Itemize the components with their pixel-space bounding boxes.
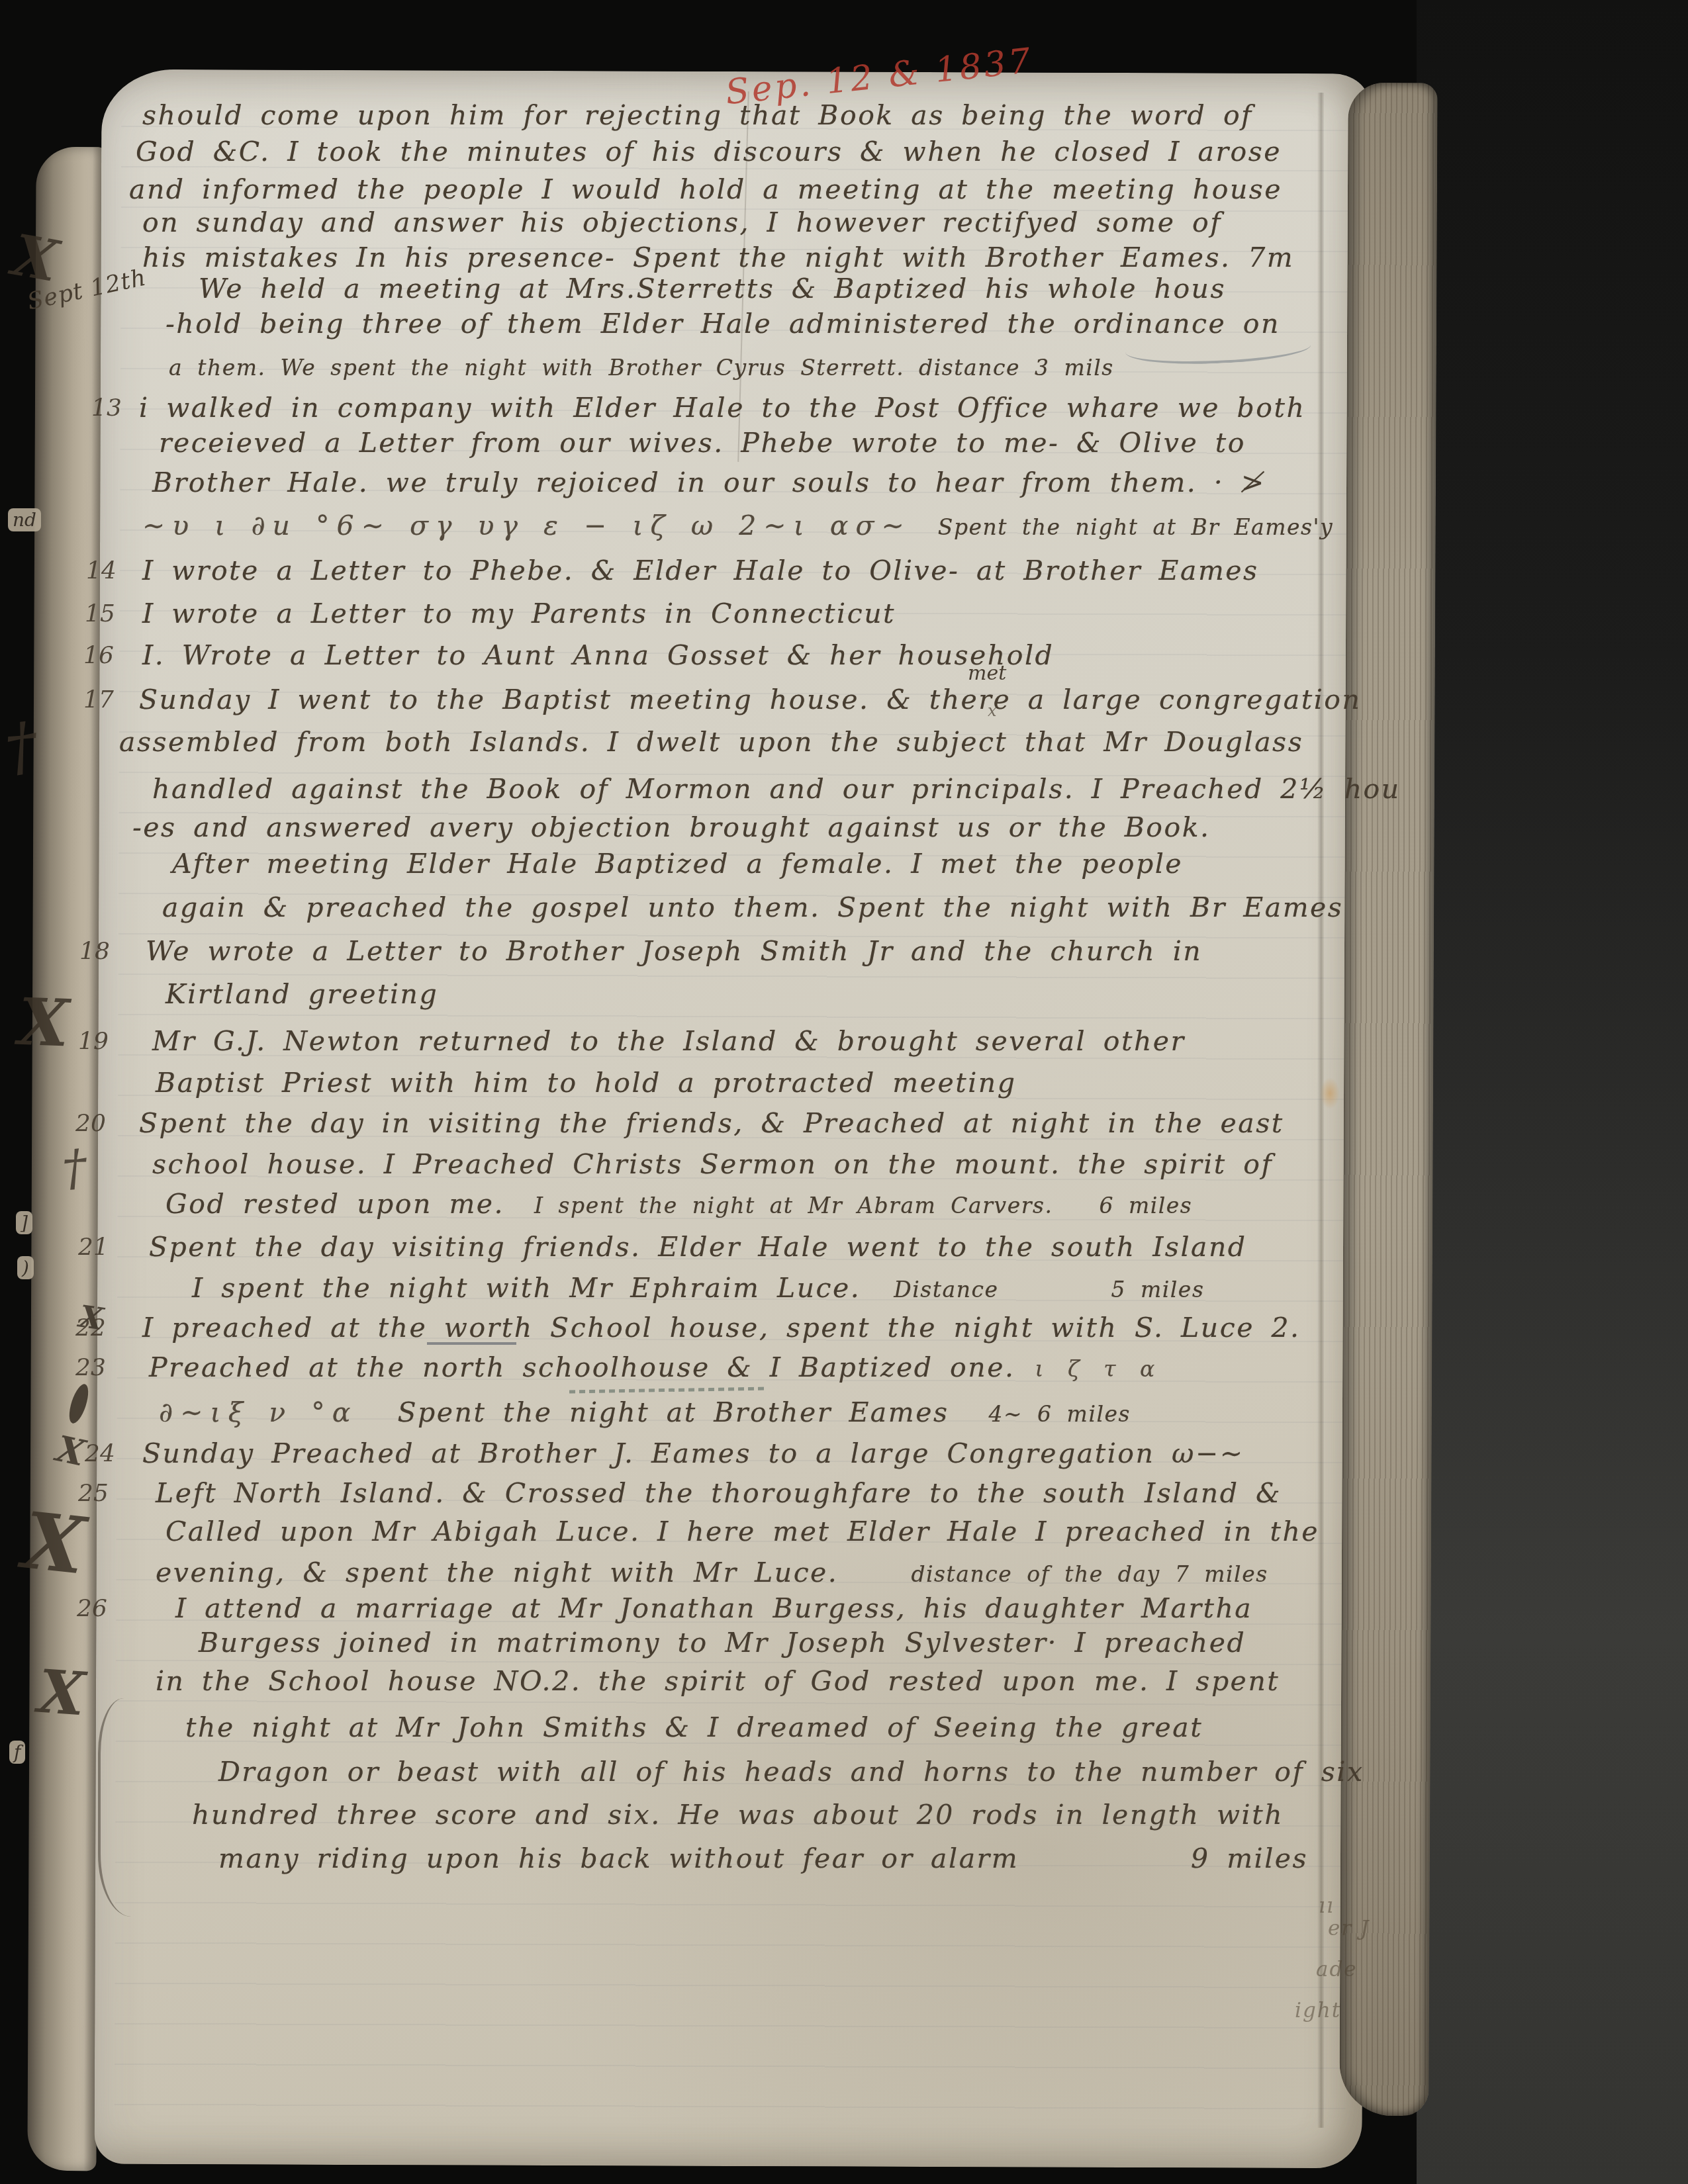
line-text: i walked in company with Elder Hale to t…: [139, 392, 1305, 424]
journal-line: ∼υ ι ∂u °6∼ σγ υγ ε − ιζ ω 2∼ι ασ∼Spent …: [142, 510, 1333, 541]
line-text: his mistakes In his presence- Spent the …: [142, 242, 1294, 273]
journal-line: should come upon him for rejecting that …: [142, 99, 1253, 131]
line-text: I wrote a Letter to my Parents in Connec…: [142, 598, 896, 629]
distance-note: 6 miles: [1099, 1193, 1192, 1218]
line-text: Mr G.J. Newton returned to the Island & …: [152, 1025, 1186, 1057]
line-text: handled against the Book of Mormon and o…: [152, 773, 1401, 805]
line-text: Kirtland greeting: [165, 978, 438, 1010]
day-number: 17: [83, 686, 114, 713]
edge-fragment: ): [17, 1256, 34, 1279]
line-text: in the School house NO.2. the spirit of …: [156, 1665, 1280, 1697]
background-shadow: [1417, 0, 1688, 2184]
line-text: I preached at the worth School house, sp…: [142, 1312, 1301, 1343]
journal-line: assembled from both Islands. I dwelt upo…: [119, 726, 1303, 758]
journal-line: receieved a Letter from our wives. Phebe…: [159, 427, 1246, 459]
journal-line: again & preached the gospel unto them. S…: [162, 891, 1343, 923]
journal-line: God &C. I took the minutes of his discou…: [136, 136, 1282, 167]
line-text: hundred three score and six. He was abou…: [192, 1799, 1284, 1831]
journal-line: Left North Island. & Crossed the thoroug…: [156, 1477, 1282, 1509]
journal-line: ∂∼ιξ ν °αSpent the night at Brother Eame…: [159, 1396, 1131, 1428]
journal-line: God rested upon me.I spent the night at …: [165, 1188, 1192, 1220]
edge-fragment: nd: [8, 508, 41, 531]
line-text: I spent the night with Mr Ephraim Luce.: [192, 1272, 861, 1304]
line-text: should come upon him for rejecting that …: [142, 99, 1253, 131]
bleedthrough-fragment: er J: [1328, 1917, 1370, 1940]
day-number: 15: [85, 600, 115, 627]
bleedthrough-fragment: ıı: [1319, 1894, 1335, 1918]
journal-line: After meeting Elder Hale Baptized a fema…: [172, 848, 1183, 880]
line-text: Sunday I went to the Baptist meeting hou…: [139, 684, 1361, 715]
journal-line: We wrote a Letter to Brother Joseph Smit…: [146, 935, 1202, 967]
line-text: Baptist Priest with him to hold a protra…: [156, 1067, 1016, 1099]
journal-line: handled against the Book of Mormon and o…: [152, 773, 1401, 805]
line-text: Left North Island. & Crossed the thoroug…: [156, 1477, 1282, 1509]
line-text: on sunday and answer his objections, I h…: [142, 206, 1222, 238]
shorthand-glyphs: ∼υ ι ∂u °6∼ σγ υγ ε − ιζ ω 2∼ι ασ∼: [142, 510, 912, 541]
journal-line: his mistakes In his presence- Spent the …: [142, 242, 1294, 273]
journal-line: -hold being three of them Elder Hale adm…: [165, 308, 1280, 340]
line-text: Burgess joined in matrimony to Mr Joseph…: [199, 1627, 1246, 1659]
line-text: I. Wrote a Letter to Aunt Anna Gosset & …: [142, 639, 1054, 671]
x-mark: X: [19, 1494, 89, 1592]
edge-fragment: f: [9, 1741, 25, 1764]
journal-line: We held a meeting at Mrs.Sterretts & Bap…: [199, 273, 1226, 304]
journal-line: I. Wrote a Letter to Aunt Anna Gosset & …: [142, 639, 1054, 671]
day-number: 14: [86, 557, 117, 584]
bleedthrough-fragment: ight: [1295, 1999, 1341, 2023]
manuscript-scan: Sep. 12 & 1837 Sept 12th X X X X X X † †…: [0, 0, 1688, 2184]
journal-line: evening, & spent the night with Mr Luce.…: [156, 1557, 1268, 1588]
journal-line: Sunday Preached at Brother J. Eames to a…: [142, 1437, 1244, 1469]
shorthand-glyphs: ∂∼ιξ ν °α: [159, 1396, 357, 1428]
journal-line: Dragon or beast with all of his heads an…: [218, 1756, 1364, 1788]
day-number: 18: [79, 938, 110, 965]
distance-note: 9 miles: [1191, 1843, 1308, 1874]
journal-line: I preached at the worth School house, sp…: [142, 1312, 1301, 1343]
journal-line: Kirtland greeting: [165, 978, 438, 1010]
journal-line: I spent the night with Mr Ephraim Luce.D…: [192, 1272, 1204, 1304]
journal-line: i walked in company with Elder Hale to t…: [139, 392, 1305, 424]
journal-line: many riding upon his back without fear o…: [218, 1843, 1308, 1874]
line-text: receieved a Letter from our wives. Phebe…: [159, 427, 1246, 459]
line-text: Spent the day visiting friends. Elder Ha…: [149, 1231, 1247, 1263]
day-number: 21: [78, 1234, 109, 1261]
journal-line: on sunday and answer his objections, I h…: [142, 206, 1222, 238]
journal-line: a them. We spent the night with Brother …: [169, 355, 1114, 381]
journal-line: in the School house NO.2. the spirit of …: [156, 1665, 1280, 1697]
journal-line: Spent the day in visiting the friends, &…: [139, 1107, 1284, 1139]
line-text: the night at Mr John Smiths & I dreamed …: [185, 1711, 1203, 1743]
line-text: school house. I Preached Christs Sermon …: [152, 1148, 1273, 1180]
distance-note: 5 miles: [1111, 1277, 1204, 1302]
line-text: assembled from both Islands. I dwelt upo…: [119, 726, 1303, 758]
line-text: again & preached the gospel unto them. S…: [162, 891, 1343, 923]
journal-line: Baptist Priest with him to hold a protra…: [156, 1067, 1016, 1099]
line-text: Dragon or beast with all of his heads an…: [218, 1756, 1364, 1788]
journal-line: the night at Mr John Smiths & I dreamed …: [185, 1711, 1203, 1743]
shorthand-glyphs: ι ζ τ α: [1035, 1356, 1162, 1382]
line-text: After meeting Elder Hale Baptized a fema…: [172, 848, 1183, 880]
line-text: a them. We spent the night with Brother …: [169, 355, 1114, 381]
journal-line: I attend a marriage at Mr Jonathan Burge…: [175, 1592, 1252, 1624]
day-number: 23: [75, 1354, 106, 1381]
line-text: God &C. I took the minutes of his discou…: [136, 136, 1282, 167]
journal-line: school house. I Preached Christs Sermon …: [152, 1148, 1273, 1180]
edge-fragment: ]: [16, 1211, 32, 1234]
day-number: 22: [75, 1314, 106, 1342]
journal-line: Preached at the north schoolhouse & I Ba…: [149, 1351, 1162, 1383]
line-text: I wrote a Letter to Phebe. & Elder Hale …: [142, 555, 1259, 586]
line-text: and informed the people I would hold a m…: [129, 173, 1282, 205]
journal-line: Called upon Mr Abigah Luce. I here met E…: [165, 1516, 1319, 1547]
journal-line: Burgess joined in matrimony to Mr Joseph…: [199, 1627, 1246, 1659]
day-number: 16: [83, 642, 114, 669]
line-text: many riding upon his back without fear o…: [218, 1843, 1019, 1874]
line-text: -es and answered avery objection brought…: [132, 811, 1211, 843]
day-number: 24: [85, 1440, 115, 1467]
book-fore-edge: [1339, 83, 1437, 2116]
line-text: We held a meeting at Mrs.Sterretts & Bap…: [199, 273, 1226, 304]
journal-line: Brother Hale. we truly rejoiced in our s…: [152, 467, 1266, 498]
paper-stain: [1320, 1077, 1340, 1109]
dagger-mark: †: [60, 1139, 89, 1198]
journal-line: Sunday I went to the Baptist meeting hou…: [139, 684, 1361, 715]
day-number: 25: [78, 1480, 109, 1507]
line-text: I attend a marriage at Mr Jonathan Burge…: [175, 1592, 1252, 1624]
line-text: Called upon Mr Abigah Luce. I here met E…: [165, 1516, 1319, 1547]
journal-line: Spent the day visiting friends. Elder Ha…: [149, 1231, 1247, 1263]
line-text: We wrote a Letter to Brother Joseph Smit…: [146, 935, 1202, 967]
distance-note: 4∼ 6 miles: [988, 1401, 1131, 1427]
journal-line: -es and answered avery objection brought…: [132, 811, 1211, 843]
line-text: Sunday Preached at Brother J. Eames to a…: [142, 1437, 1244, 1469]
line-text: -hold being three of them Elder Hale adm…: [165, 308, 1280, 340]
line-text: God rested upon me.: [165, 1188, 504, 1220]
day-number: 20: [75, 1110, 106, 1137]
distance-note: distance of the day 7 miles: [911, 1561, 1268, 1587]
line-tail: Spent the night at Br Eames'y: [938, 514, 1333, 540]
margin-bracket: [98, 1698, 131, 1917]
line-text: Brother Hale. we truly rejoiced in our s…: [152, 467, 1266, 498]
x-mark: X: [17, 984, 70, 1062]
line-text: Spent the day in visiting the friends, &…: [139, 1107, 1284, 1139]
journal-line: I wrote a Letter to my Parents in Connec…: [142, 598, 896, 629]
day-number: 19: [78, 1028, 109, 1055]
bleedthrough-fragment: ade: [1316, 1958, 1358, 1981]
line-tail: Distance: [894, 1277, 998, 1302]
day-number: 13: [91, 394, 122, 422]
journal-line: and informed the people I would hold a m…: [129, 173, 1282, 205]
journal-line: I wrote a Letter to Phebe. & Elder Hale …: [142, 555, 1259, 586]
journal-line: Mr G.J. Newton returned to the Island & …: [152, 1025, 1186, 1057]
day-number: 26: [77, 1595, 107, 1622]
line-text: evening, & spent the night with Mr Luce.: [156, 1557, 838, 1588]
line-tail: Spent the night at Brother Eames: [397, 1396, 949, 1428]
x-mark: X: [36, 1657, 87, 1730]
line-text: Preached at the north schoolhouse & I Ba…: [149, 1351, 1015, 1383]
page-fold-shadow: [1317, 93, 1324, 2128]
line-tail: I spent the night at Mr Abram Carvers.: [534, 1193, 1053, 1218]
journal-line: hundred three score and six. He was abou…: [192, 1799, 1284, 1831]
